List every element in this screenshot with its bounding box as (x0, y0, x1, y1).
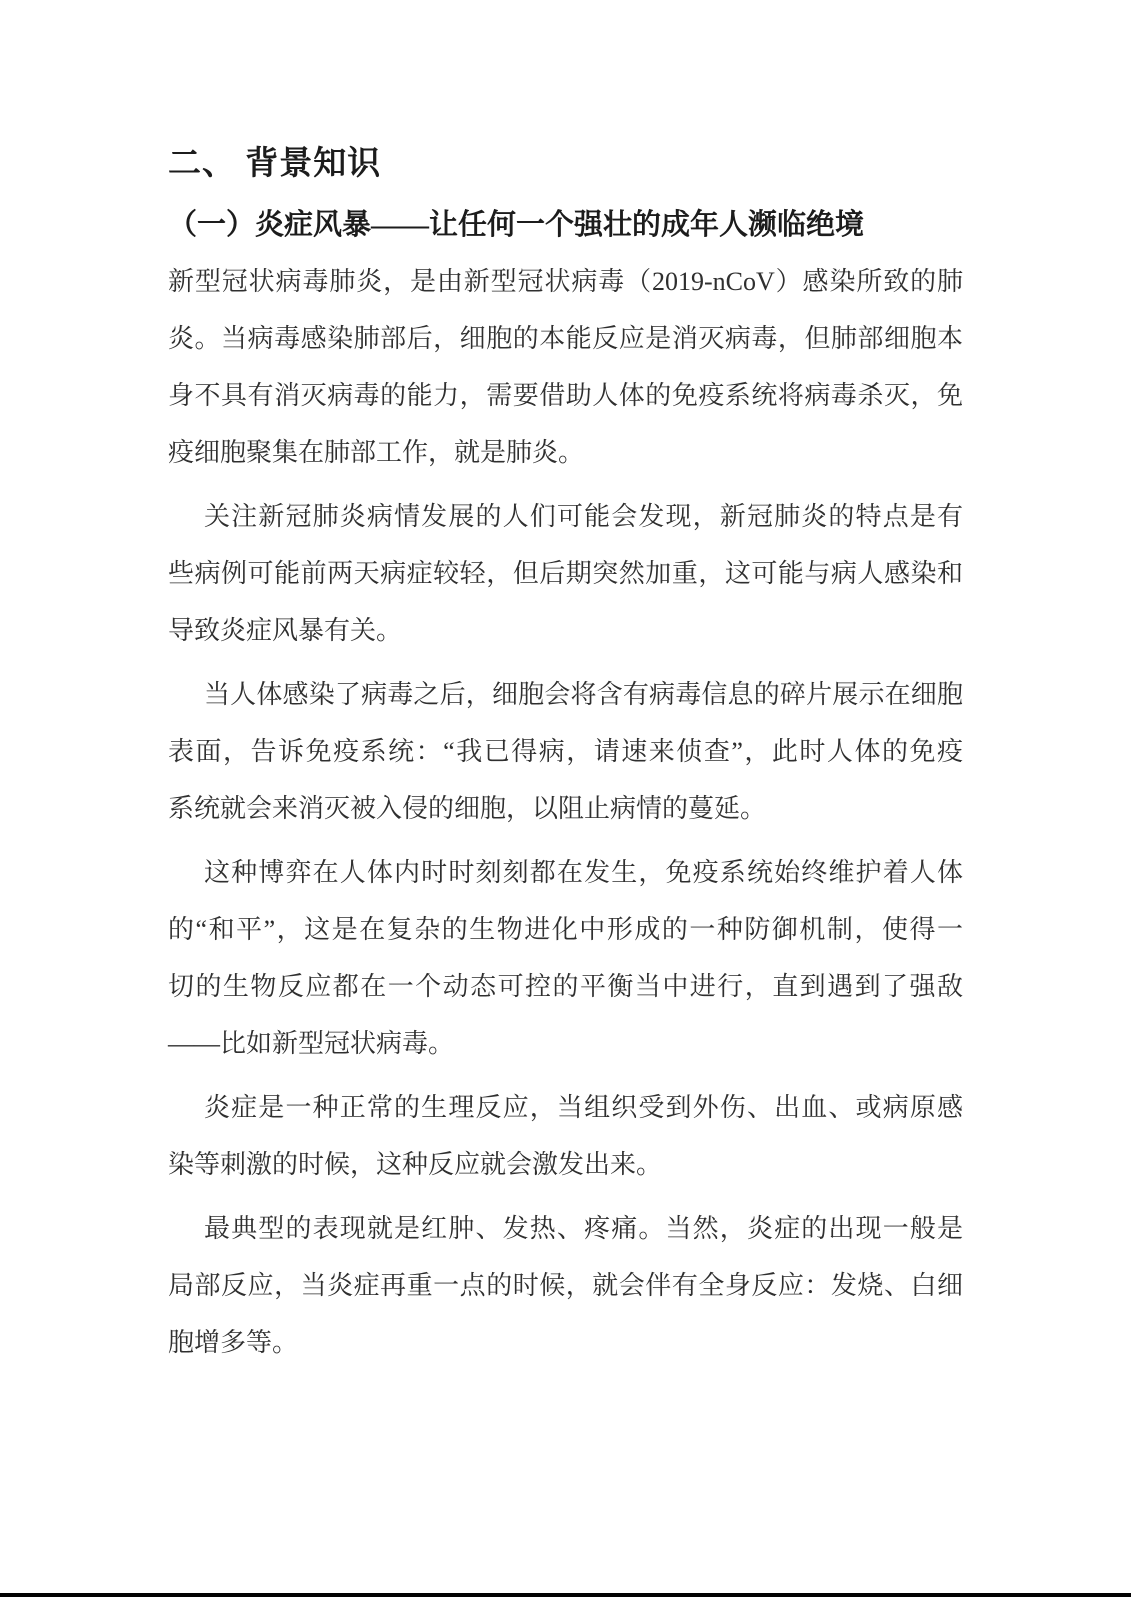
text-line: 炎。当病毒感染肺部后，细胞的本能反应是消灭病毒，但肺部细胞本 (168, 310, 963, 367)
text-line: 最典型的表现就是红肿、发热、疼痛。当然，炎症的出现一般是 (168, 1200, 963, 1257)
paragraph: 炎症是一种正常的生理反应，当组织受到外伤、出血、或病原感染等刺激的时候，这种反应… (168, 1079, 963, 1193)
page-bottom-edge (0, 1593, 1131, 1597)
text-line: 疫细胞聚集在肺部工作，就是肺炎。 (168, 424, 963, 481)
text-line: 这种博弈在人体内时时刻刻都在发生，免疫系统始终维护着人体 (168, 844, 963, 901)
section-heading: 二、 背景知识 (168, 131, 963, 197)
document-content: 二、 背景知识 （一）炎症风暴——让任何一个强壮的成年人濒临绝境 新型冠状病毒肺… (168, 0, 963, 1378)
document-body: 新型冠状病毒肺炎，是由新型冠状病毒（2019-nCoV）感染所致的肺炎。当病毒感… (168, 253, 963, 1371)
text-line: 表面，告诉免疫系统：“我已得病，请速来侦查”，此时人体的免疫 (168, 723, 963, 780)
text-line: 切的生物反应都在一个动态可控的平衡当中进行，直到遇到了强敌 (168, 958, 963, 1015)
text-line: 身不具有消灭病毒的能力，需要借助人体的免疫系统将病毒杀灭，免 (168, 367, 963, 424)
paragraph: 新型冠状病毒肺炎，是由新型冠状病毒（2019-nCoV）感染所致的肺炎。当病毒感… (168, 253, 963, 481)
paragraph: 关注新冠肺炎病情发展的人们可能会发现，新冠肺炎的特点是有些病例可能前两天病症较轻… (168, 488, 963, 659)
text-line: 系统就会来消灭被入侵的细胞，以阻止病情的蔓延。 (168, 780, 963, 837)
text-line: 导致炎症风暴有关。 (168, 602, 963, 659)
paragraph: 当人体感染了病毒之后，细胞会将含有病毒信息的碎片展示在细胞表面，告诉免疫系统：“… (168, 666, 963, 837)
text-line: 新型冠状病毒肺炎，是由新型冠状病毒（2019-nCoV）感染所致的肺 (168, 253, 963, 310)
text-line: ——比如新型冠状病毒。 (168, 1015, 963, 1072)
text-line: 些病例可能前两天病症较轻，但后期突然加重，这可能与病人感染和 (168, 545, 963, 602)
text-line: 炎症是一种正常的生理反应，当组织受到外伤、出血、或病原感 (168, 1079, 963, 1136)
paragraph: 最典型的表现就是红肿、发热、疼痛。当然，炎症的出现一般是局部反应，当炎症再重一点… (168, 1200, 963, 1371)
text-line: 当人体感染了病毒之后，细胞会将含有病毒信息的碎片展示在细胞 (168, 666, 963, 723)
paragraph: 这种博弈在人体内时时刻刻都在发生，免疫系统始终维护着人体的“和平”，这是在复杂的… (168, 844, 963, 1072)
text-line: 染等刺激的时候，这种反应就会激发出来。 (168, 1136, 963, 1193)
document-page: 二、 背景知识 （一）炎症风暴——让任何一个强壮的成年人濒临绝境 新型冠状病毒肺… (0, 0, 1131, 1600)
subsection-heading: （一）炎症风暴——让任何一个强壮的成年人濒临绝境 (168, 197, 963, 253)
text-line: 胞增多等。 (168, 1314, 963, 1371)
text-line: 关注新冠肺炎病情发展的人们可能会发现，新冠肺炎的特点是有 (168, 488, 963, 545)
text-line: 的“和平”，这是在复杂的生物进化中形成的一种防御机制，使得一 (168, 901, 963, 958)
text-line: 局部反应，当炎症再重一点的时候，就会伴有全身反应：发烧、白细 (168, 1257, 963, 1314)
